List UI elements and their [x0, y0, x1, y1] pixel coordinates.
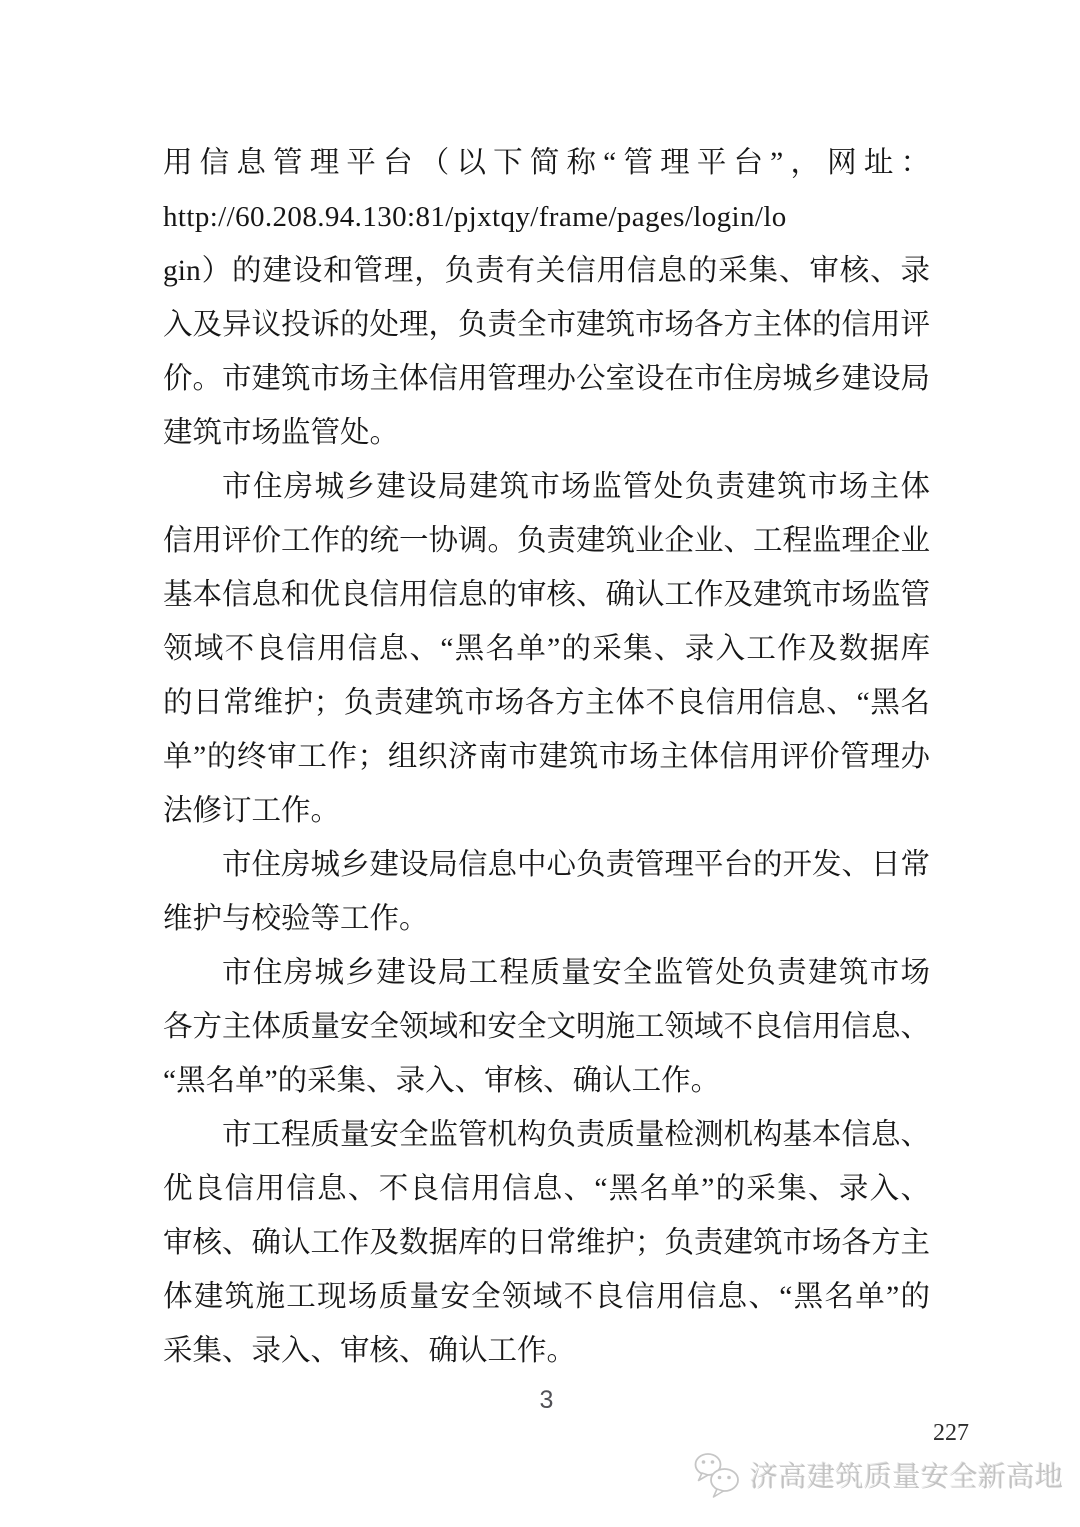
text-line: 市住房城乡建设局信息中心负责管理平台的开发、日常	[163, 838, 930, 892]
text-line: 优良信用信息、不良信用信息、“黑名单”的采集、录入、	[163, 1162, 930, 1216]
text-line: 用信息管理平台（以下简称“管理平台”，网址：	[163, 136, 930, 190]
text-line: 信用评价工作的统一协调。负责建筑业企业、工程监理企业	[163, 514, 930, 568]
text-line: 审核、确认工作及数据库的日常维护；负责建筑市场各方主	[163, 1216, 930, 1270]
text-line: 法修订工作。	[163, 784, 930, 838]
text-line: http://60.208.94.130:81/pjxtqy/frame/pag…	[163, 190, 930, 244]
text-line: 建筑市场监管处。	[163, 406, 930, 460]
text-line: 维护与校验等工作。	[163, 892, 930, 946]
text-line: 领域不良信用信息、“黑名单”的采集、录入工作及数据库	[163, 622, 930, 676]
watermark: 济高建筑质量安全新高地	[692, 1450, 1064, 1500]
text-line: 采集、录入、审核、确认工作。	[163, 1324, 930, 1378]
text-line: gin）的建设和管理，负责有关信用信息的采集、审核、录	[163, 244, 930, 298]
text-line: 体建筑施工现场质量安全领域不良信用信息、“黑名单”的	[163, 1270, 930, 1324]
wechat-icon	[692, 1450, 742, 1500]
text-line: 市住房城乡建设局工程质量安全监管处负责建筑市场	[163, 946, 930, 1000]
text-line: 单”的终审工作；组织济南市建筑市场主体信用评价管理办	[163, 730, 930, 784]
text-line: 各方主体质量安全领域和安全文明施工领域不良信用信息、	[163, 1000, 930, 1054]
text-line: 基本信息和优良信用信息的审核、确认工作及建筑市场监管	[163, 568, 930, 622]
watermark-label: 济高建筑质量安全新高地	[750, 1455, 1064, 1495]
text-line: “黑名单”的采集、录入、审核、确认工作。	[163, 1054, 930, 1108]
document-body: 用信息管理平台（以下简称“管理平台”，网址：http://60.208.94.1…	[163, 136, 930, 1378]
page-number-center: 3	[163, 1386, 930, 1415]
text-line: 市住房城乡建设局建筑市场监管处负责建筑市场主体	[163, 460, 930, 514]
document-page: 用信息管理平台（以下简称“管理平台”，网址：http://60.208.94.1…	[0, 0, 1080, 1527]
text-line: 价。市建筑市场主体信用管理办公室设在市住房城乡建设局	[163, 352, 930, 406]
page-number-right: 227	[916, 1420, 986, 1447]
text-line: 入及异议投诉的处理，负责全市建筑市场各方主体的信用评	[163, 298, 930, 352]
text-line: 市工程质量安全监管机构负责质量检测机构基本信息、	[163, 1108, 930, 1162]
text-line: 的日常维护；负责建筑市场各方主体不良信用信息、“黑名	[163, 676, 930, 730]
